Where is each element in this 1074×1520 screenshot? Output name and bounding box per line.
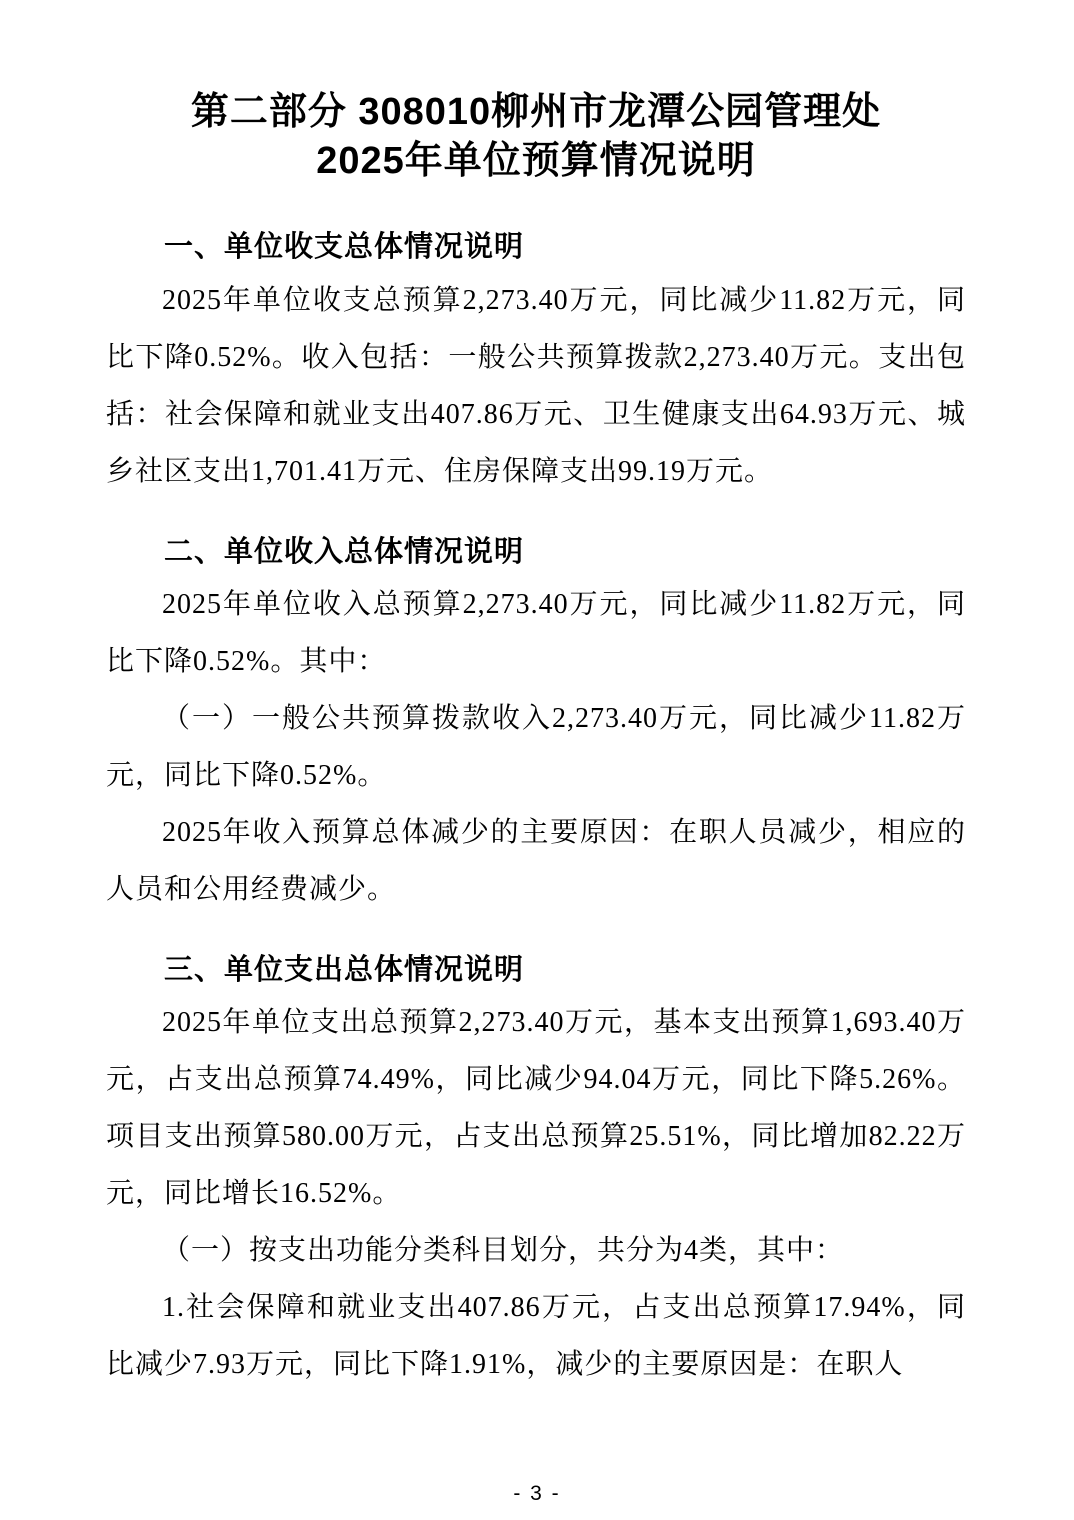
- section-heading-1: 一、单位收支总体情况说明: [106, 229, 966, 265]
- section-income-overview: 二、单位收入总体情况说明 2025年单位收入总预算2,273.40万元，同比减少…: [106, 534, 966, 918]
- document-title: 第二部分 308010柳州市龙潭公园管理处 2025年单位预算情况说明: [106, 88, 966, 185]
- document-title-line1: 第二部分 308010柳州市龙潭公园管理处: [191, 91, 881, 133]
- paragraph: 2025年单位收入总预算2,273.40万元，同比减少11.82万元，同比下降0…: [106, 576, 966, 690]
- document-page: 第二部分 308010柳州市龙潭公园管理处 2025年单位预算情况说明 一、单位…: [0, 0, 1074, 1520]
- section-income-expense-overview: 一、单位收支总体情况说明 2025年单位收支总预算2,273.40万元，同比减少…: [106, 229, 966, 499]
- paragraph: （一）按支出功能分类科目划分，共分为4类，其中：: [106, 1222, 966, 1279]
- paragraph: 1.社会保障和就业支出407.86万元，占支出总预算17.94%，同比减少7.9…: [106, 1279, 966, 1393]
- paragraph: 2025年单位支出总预算2,273.40万元，基本支出预算1,693.40万元，…: [106, 994, 966, 1222]
- paragraph: 2025年收入预算总体减少的主要原因：在职人员减少，相应的人员和公用经费减少。: [106, 804, 966, 918]
- document-content: 第二部分 308010柳州市龙潭公园管理处 2025年单位预算情况说明 一、单位…: [0, 0, 1074, 1393]
- page-number: - 3 -: [0, 1482, 1074, 1506]
- section-expense-overview: 三、单位支出总体情况说明 2025年单位支出总预算2,273.40万元，基本支出…: [106, 952, 966, 1393]
- document-title-line2: 2025年单位预算情况说明: [316, 140, 756, 182]
- paragraph: （一）一般公共预算拨款收入2,273.40万元，同比减少11.82万元，同比下降…: [106, 690, 966, 804]
- section-heading-2: 二、单位收入总体情况说明: [106, 534, 966, 570]
- paragraph: 2025年单位收支总预算2,273.40万元，同比减少11.82万元，同比下降0…: [106, 272, 966, 500]
- section-heading-3: 三、单位支出总体情况说明: [106, 952, 966, 988]
